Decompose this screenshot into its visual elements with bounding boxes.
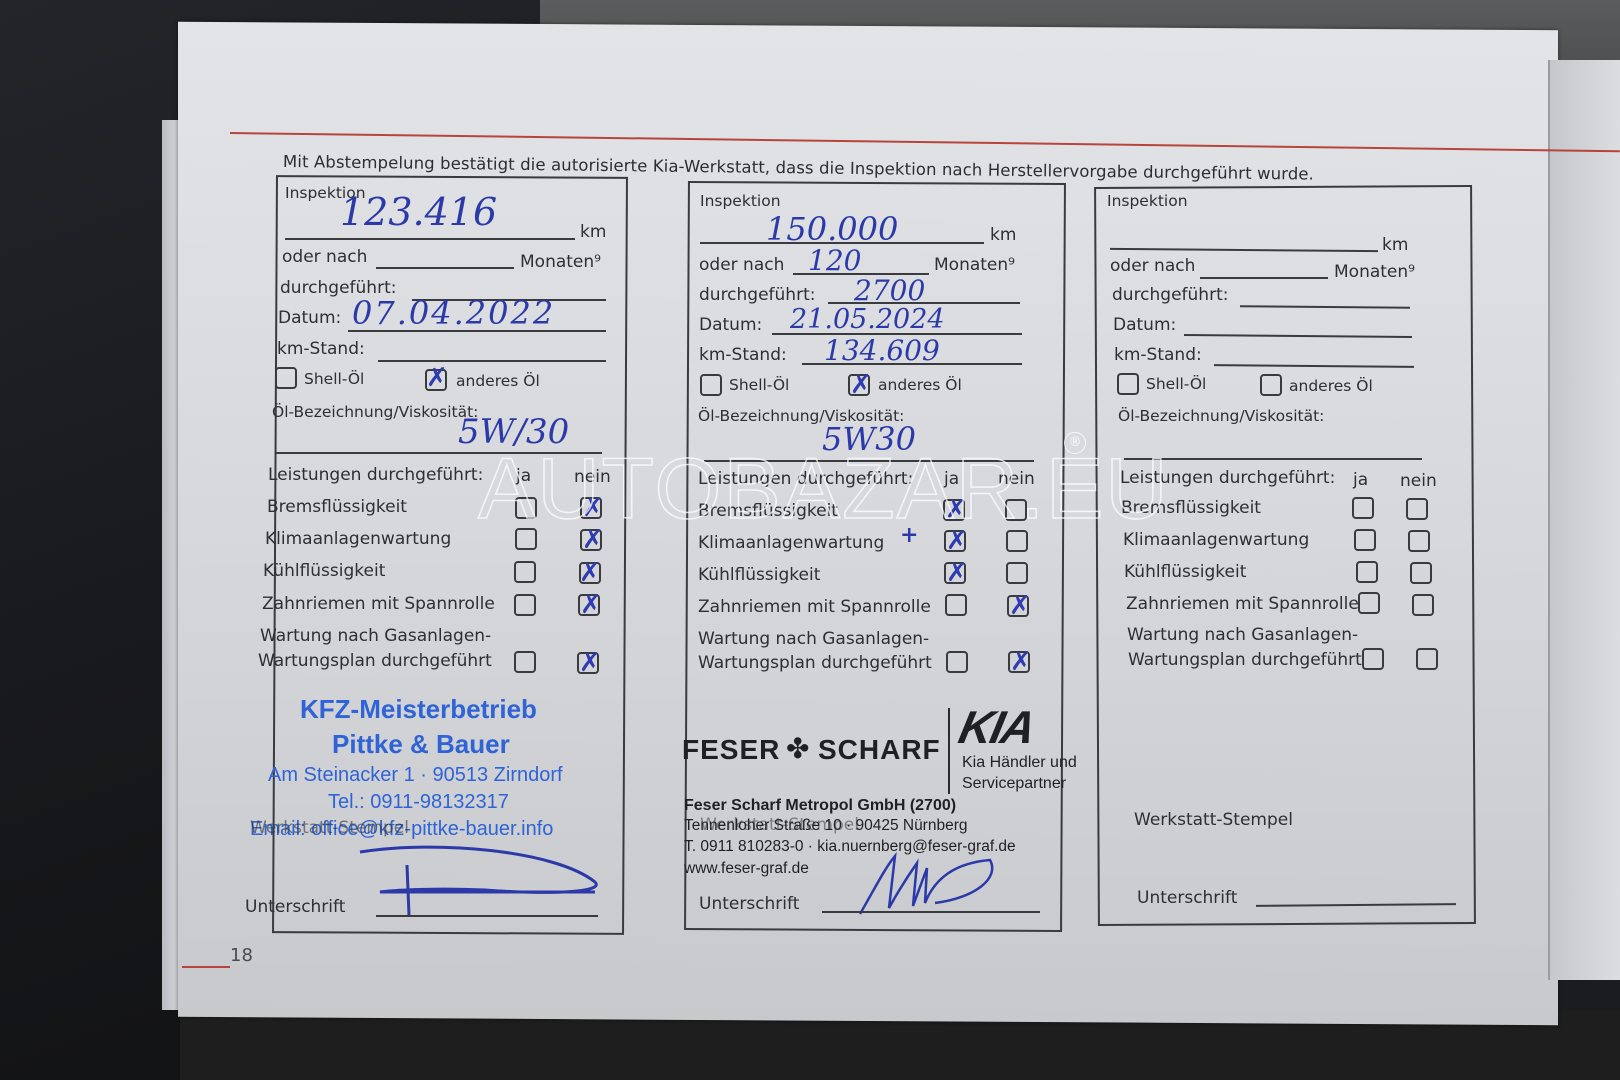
shell-oel-label: Shell-Öl xyxy=(729,376,789,394)
ja-label: ja xyxy=(1353,470,1368,490)
kuehl-ja-checkbox[interactable] xyxy=(514,561,536,583)
zahnriemen-ja-checkbox[interactable] xyxy=(514,594,536,616)
monaten-line xyxy=(376,267,514,269)
watermark: AUTOBAZAR.EU xyxy=(478,440,1169,539)
service-label: Wartung nach Gasanlagen- xyxy=(1127,625,1358,645)
gas-nein-checkbox[interactable] xyxy=(1416,648,1438,670)
gas-ja-checkbox[interactable] xyxy=(946,651,968,673)
inspektion-km-value: 123.416 xyxy=(340,190,497,234)
gas-nein-checkbox[interactable]: ✗ xyxy=(1008,651,1030,673)
unterschrift-label: Unterschrift xyxy=(699,894,799,914)
shell-oel-checkbox[interactable] xyxy=(275,367,297,389)
km-label: km xyxy=(1382,235,1408,255)
km-stand-value: 134.609 xyxy=(824,334,940,367)
service-label: Zahnriemen mit Spannrolle xyxy=(1126,594,1359,614)
service-label: Wartung nach Gasanlagen- xyxy=(260,626,491,646)
stamp-line-3: Am Steinacker 1 · 90513 Zirndorf xyxy=(268,764,563,787)
kuehl-nein-checkbox[interactable] xyxy=(1006,562,1028,584)
kuehl-ja-checkbox[interactable] xyxy=(1356,561,1378,583)
monaten-label: Monaten⁹ xyxy=(1334,262,1415,282)
zahnriemen-nein-checkbox[interactable]: ✗ xyxy=(1007,595,1029,617)
zahnriemen-ja-checkbox[interactable] xyxy=(1358,592,1380,614)
stamp-line-2: Pittke & Bauer xyxy=(332,729,510,760)
datum-value: 07.04.2022 xyxy=(352,294,555,332)
stamp-divider xyxy=(948,708,950,794)
oder-nach-label: oder nach xyxy=(282,247,367,267)
shell-oel-label: Shell-Öl xyxy=(1146,375,1206,393)
bremsfluessigkeit-ja-checkbox[interactable] xyxy=(1352,497,1374,519)
inspektion-km-value: 150.000 xyxy=(766,210,898,248)
anderes-oel-label: anderes Öl xyxy=(456,372,540,390)
anderes-oel-checkbox[interactable] xyxy=(1260,374,1282,396)
service-label: Zahnriemen mit Spannrolle xyxy=(262,594,495,614)
oel-bezeichnung-label: Öl-Bezeichnung/Viskosität: xyxy=(272,403,478,421)
datum-label: Datum: xyxy=(699,315,762,335)
klima-ja-checkbox[interactable] xyxy=(1354,529,1376,551)
service-label: Klimaanlagenwartung xyxy=(265,529,451,549)
kuehl-nein-checkbox[interactable] xyxy=(1410,562,1432,584)
stamp-web: www.feser-graf.de xyxy=(684,860,809,878)
page-number: 18 xyxy=(230,945,253,966)
unterschrift-label: Unterschrift xyxy=(245,897,345,917)
stamp-line-1: KFZ-Meisterbetrieb xyxy=(300,694,537,725)
inspektion-label: Inspektion xyxy=(1107,192,1188,210)
oder-nach-label: oder nach xyxy=(1110,256,1195,276)
datum-label: Datum: xyxy=(1113,315,1176,335)
anderes-oel-label: anderes Öl xyxy=(1289,377,1373,395)
stamp-line-4: Tel.: 0911-98132317 xyxy=(328,791,509,814)
zahnriemen-nein-checkbox[interactable] xyxy=(1412,594,1434,616)
registered-mark-icon: ® xyxy=(1064,432,1086,454)
monaten-value: 120 xyxy=(808,244,861,277)
gas-ja-checkbox[interactable] xyxy=(514,651,536,673)
km-stand-label: km-Stand: xyxy=(1114,345,1202,365)
nein-label: nein xyxy=(1400,471,1437,491)
anderes-oel-checkbox[interactable]: ✗ xyxy=(848,374,870,396)
durchgefuehrt-label: durchgeführt: xyxy=(699,285,815,305)
service-label: Kühlflüssigkeit xyxy=(1124,562,1246,582)
km-line xyxy=(285,238,575,240)
oder-nach-label: oder nach xyxy=(699,255,784,275)
durchgefuehrt-label: durchgeführt: xyxy=(1112,285,1228,305)
anderes-oel-label: anderes Öl xyxy=(878,376,962,394)
signature-icon xyxy=(355,840,615,920)
service-label: Wartungsplan durchgeführt xyxy=(1128,650,1362,670)
check-mark-icon: ✗ xyxy=(1009,595,1031,617)
zahnriemen-nein-checkbox[interactable]: ✗ xyxy=(578,594,600,616)
kia-logo: KIA xyxy=(954,700,1039,754)
anderes-oel-checkbox[interactable]: ✗ xyxy=(425,369,447,391)
facing-page xyxy=(1548,60,1620,980)
clover-icon: ✤ xyxy=(786,732,809,765)
check-mark-icon: ✗ xyxy=(946,562,968,584)
km-stand-label: km-Stand: xyxy=(277,339,365,359)
datum-label: Datum: xyxy=(278,308,341,328)
stamp-brand-left: FESER xyxy=(682,734,780,766)
zahnriemen-ja-checkbox[interactable] xyxy=(945,594,967,616)
monaten-line xyxy=(1200,277,1328,279)
unterschrift-line xyxy=(822,911,1040,913)
service-label: Kühlflüssigkeit xyxy=(698,565,820,585)
oel-bezeichnung-label: Öl-Bezeichnung/Viskosität: xyxy=(1118,407,1324,425)
km-label: km xyxy=(580,222,606,242)
stamp-brand-right: SCHARF xyxy=(818,734,941,766)
datum-value: 21.05.2024 xyxy=(790,304,945,335)
service-label: Wartung nach Gasanlagen- xyxy=(698,629,929,649)
gas-ja-checkbox[interactable] xyxy=(1362,648,1384,670)
service-label: Zahnriemen mit Spannrolle xyxy=(698,597,931,617)
service-label: Wartungsplan durchgeführt xyxy=(698,653,932,673)
werkstatt-stempel-label: Werkstatt-Stempel xyxy=(250,818,409,838)
km-stand-line xyxy=(378,360,606,362)
signature-icon xyxy=(855,848,1005,918)
kuehl-ja-checkbox[interactable]: ✗ xyxy=(944,562,966,584)
check-mark-icon: ✗ xyxy=(850,374,872,396)
km-stand-label: km-Stand: xyxy=(699,345,787,365)
unterschrift-line xyxy=(376,915,598,917)
bremsfluessigkeit-nein-checkbox[interactable] xyxy=(1406,498,1428,520)
kia-sub-2: Servicepartner xyxy=(962,775,1066,793)
inspektion-label: Inspektion xyxy=(700,192,781,210)
stamp-company: Feser Scharf Metropol GmbH (2700) xyxy=(684,797,956,815)
kia-sub-1: Kia Händler und xyxy=(962,754,1077,772)
shell-oel-checkbox[interactable] xyxy=(700,374,722,396)
werkstatt-stempel-label: Werkstatt-Stempel xyxy=(700,815,859,835)
shell-oel-checkbox[interactable] xyxy=(1117,373,1139,395)
service-label: Kühlflüssigkeit xyxy=(263,561,385,581)
monaten-label: Monaten⁹ xyxy=(520,252,601,272)
check-mark-icon: ✗ xyxy=(1010,651,1032,673)
check-mark-icon: ✗ xyxy=(426,367,448,389)
shell-oel-label: Shell-Öl xyxy=(304,370,364,388)
check-mark-icon: ✗ xyxy=(579,652,601,674)
kuehl-nein-checkbox[interactable]: ✗ xyxy=(579,562,601,584)
service-label: Wartungsplan durchgeführt xyxy=(258,651,492,671)
durchgefuehrt-value: 2700 xyxy=(854,274,925,307)
unterschrift-label: Unterschrift xyxy=(1137,888,1237,908)
check-mark-icon: ✗ xyxy=(579,562,601,584)
km-label: km xyxy=(990,225,1016,245)
red-corner-line xyxy=(182,966,230,968)
check-mark-icon: ✗ xyxy=(580,594,602,616)
service-label: Bremsflüssigkeit xyxy=(267,497,407,517)
klima-nein-checkbox[interactable] xyxy=(1408,530,1430,552)
leistungen-label: Leistungen durchgeführt: xyxy=(268,465,483,485)
monaten-label: Monaten⁹ xyxy=(934,255,1015,275)
gas-nein-checkbox[interactable]: ✗ xyxy=(577,652,599,674)
werkstatt-stempel-label: Werkstatt-Stempel xyxy=(1134,810,1293,830)
